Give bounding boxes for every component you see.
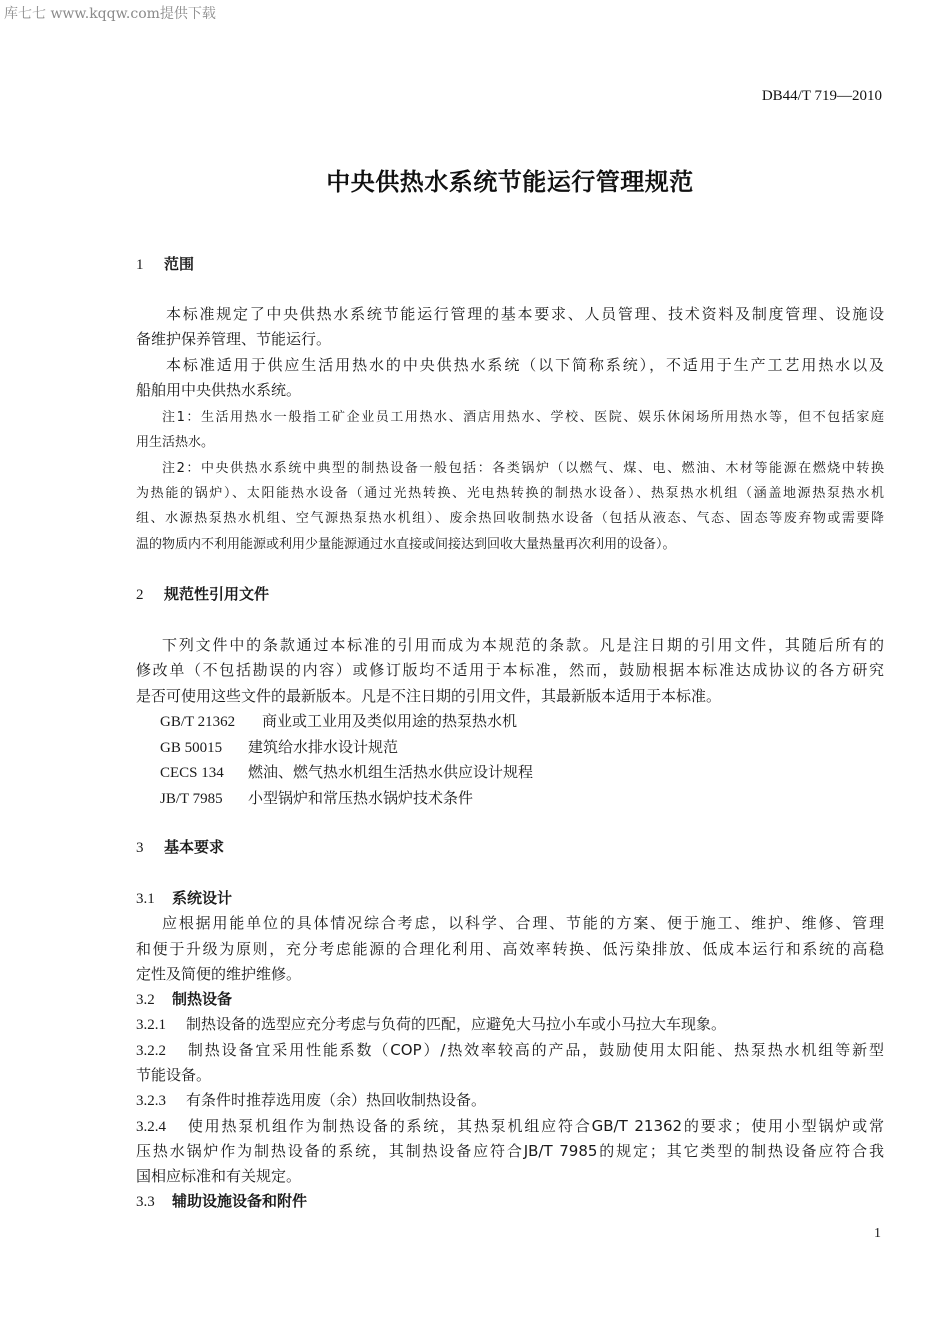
watermark: 库七七 www.kqqw.com提供下载 <box>4 3 216 23</box>
note-line: 温的物质内不利用能源或利用少量能源通过水直接或间接达到回收大量热量再次利用的设备… <box>136 535 676 555</box>
subsection-3-1-heading: 3.1系统设计 <box>136 888 232 909</box>
reference-code: GB/T 21362 <box>160 712 262 732</box>
note-line: 为热能的锅炉）、太阳能热水设备（通过光热转换、光电热转换的制热水设备）、热泵热水… <box>136 484 884 504</box>
subsection-number: 3.2 <box>136 990 172 1010</box>
clause-text: 制热设备的选型应充分考虑与负荷的匹配，应避免大马拉小车或小马拉大车现象。 <box>186 1015 726 1033</box>
clause-number: 3.2.1 <box>136 1015 186 1035</box>
reference-name: 燃油、燃气热水机组生活热水供应设计规程 <box>248 763 533 781</box>
reference-item: GB/T 21362商业或工业用及类似用途的热泵热水机 <box>160 711 517 732</box>
paragraph-line: 定性及简便的维护维修。 <box>136 964 301 984</box>
clause-3-2-2: 3.2.2制热设备宜采用性能系数（COP）/热效率较高的产品，鼓励使用太阳能、热… <box>136 1040 884 1061</box>
reference-name: 商业或工业用及类似用途的热泵热水机 <box>262 712 517 730</box>
note-line: 注2：中央供热水系统中典型的制热设备一般包括：各类锅炉（以燃气、煤、电、燃油、木… <box>136 459 884 479</box>
clause-3-2-4: 3.2.4使用热泵机组作为制热设备的系统，其热泵机组应符合GB/T 21362的… <box>136 1116 884 1137</box>
section-3-heading: 3基本要求 <box>136 837 224 858</box>
paragraph-line: 本标准规定了中央供热水系统节能运行管理的基本要求、人员管理、技术资料及制度管理、… <box>136 304 884 324</box>
clause-text-continued: 节能设备。 <box>136 1065 211 1085</box>
reference-item: JB/T 7985小型锅炉和常压热水锅炉技术条件 <box>160 788 473 809</box>
subsection-title: 系统设计 <box>172 889 232 907</box>
section-number: 3 <box>136 838 164 858</box>
reference-name: 小型锅炉和常压热水锅炉技术条件 <box>248 789 473 807</box>
clause-text-continued: 国相应标准和有关规定。 <box>136 1166 301 1186</box>
subsection-3-2-heading: 3.2制热设备 <box>136 989 232 1010</box>
clause-number: 3.2.2 <box>136 1041 186 1061</box>
paragraph-line: 船舶用中央供热水系统。 <box>136 380 301 400</box>
paragraph-line: 备维护保养管理、节能运行。 <box>136 329 331 349</box>
document-number: DB44/T 719—2010 <box>762 88 882 105</box>
page-number: 1 <box>874 1226 881 1242</box>
reference-code: JB/T 7985 <box>160 789 248 809</box>
clause-3-2-1: 3.2.1制热设备的选型应充分考虑与负荷的匹配，应避免大马拉小车或小马拉大车现象… <box>136 1014 726 1035</box>
clause-3-2-3: 3.2.3有条件时推荐选用废（余）热回收制热设备。 <box>136 1090 486 1111</box>
subsection-title: 制热设备 <box>172 990 232 1008</box>
subsection-title: 辅助设施设备和附件 <box>172 1192 307 1210</box>
clause-text: 制热设备宜采用性能系数（COP）/热效率较高的产品，鼓励使用太阳能、热泵热水机组… <box>186 1041 884 1059</box>
reference-code: CECS 134 <box>160 763 248 783</box>
section-number: 2 <box>136 585 164 605</box>
note-line: 用生活热水。 <box>136 433 214 453</box>
note-line: 注1：生活用热水一般指工矿企业员工用热水、酒店用热水、学校、医院、娱乐休闲场所用… <box>136 408 884 428</box>
paragraph-line: 应根据用能单位的具体情况综合考虑，以科学、合理、节能的方案、便于施工、维护、维修… <box>136 913 884 933</box>
page-title: 中央供热水系统节能运行管理规范 <box>0 162 950 197</box>
paragraph-line: 和便于升级为原则，充分考虑能源的合理化利用、高效率转换、低污染排放、低成本运行和… <box>136 939 884 959</box>
section-1-heading: 1范围 <box>136 254 194 275</box>
note-line: 组、水源热泵热水机组、空气源热泵热水机组）、废余热回收制热水设备（包括从液态、气… <box>136 509 884 529</box>
reference-item: GB 50015建筑给水排水设计规范 <box>160 737 398 758</box>
paragraph-line: 修改单（不包括勘误的内容）或修订版均不适用于本标准，然而，鼓励根据本标准达成协议… <box>136 660 884 680</box>
clause-text-continued: 压热水锅炉作为制热设备的系统，其制热设备应符合JB/T 7985的规定；其它类型… <box>136 1141 884 1161</box>
section-title: 范围 <box>164 255 194 273</box>
paragraph-line: 下列文件中的条款通过本标准的引用而成为本规范的条款。凡是注日期的引用文件，其随后… <box>136 635 884 655</box>
subsection-number: 3.3 <box>136 1192 172 1212</box>
clause-number: 3.2.3 <box>136 1091 186 1111</box>
paragraph-line: 是否可使用这些文件的最新版本。凡是不注日期的引用文件，其最新版本适用于本标准。 <box>136 686 721 706</box>
reference-code: GB 50015 <box>160 738 248 758</box>
clause-number: 3.2.4 <box>136 1117 186 1137</box>
clause-text: 使用热泵机组作为制热设备的系统，其热泵机组应符合GB/T 21362的要求；使用… <box>186 1117 884 1135</box>
reference-name: 建筑给水排水设计规范 <box>248 738 398 756</box>
section-number: 1 <box>136 255 164 275</box>
reference-item: CECS 134燃油、燃气热水机组生活热水供应设计规程 <box>160 762 533 783</box>
section-2-heading: 2规范性引用文件 <box>136 584 269 605</box>
subsection-number: 3.1 <box>136 889 172 909</box>
subsection-3-3-heading: 3.3辅助设施设备和附件 <box>136 1191 307 1212</box>
clause-text: 有条件时推荐选用废（余）热回收制热设备。 <box>186 1091 486 1109</box>
section-title: 规范性引用文件 <box>164 585 269 603</box>
paragraph-line: 本标准适用于供应生活用热水的中央供热水系统（以下简称系统），不适用于生产工艺用热… <box>136 355 884 375</box>
section-title: 基本要求 <box>164 838 224 856</box>
